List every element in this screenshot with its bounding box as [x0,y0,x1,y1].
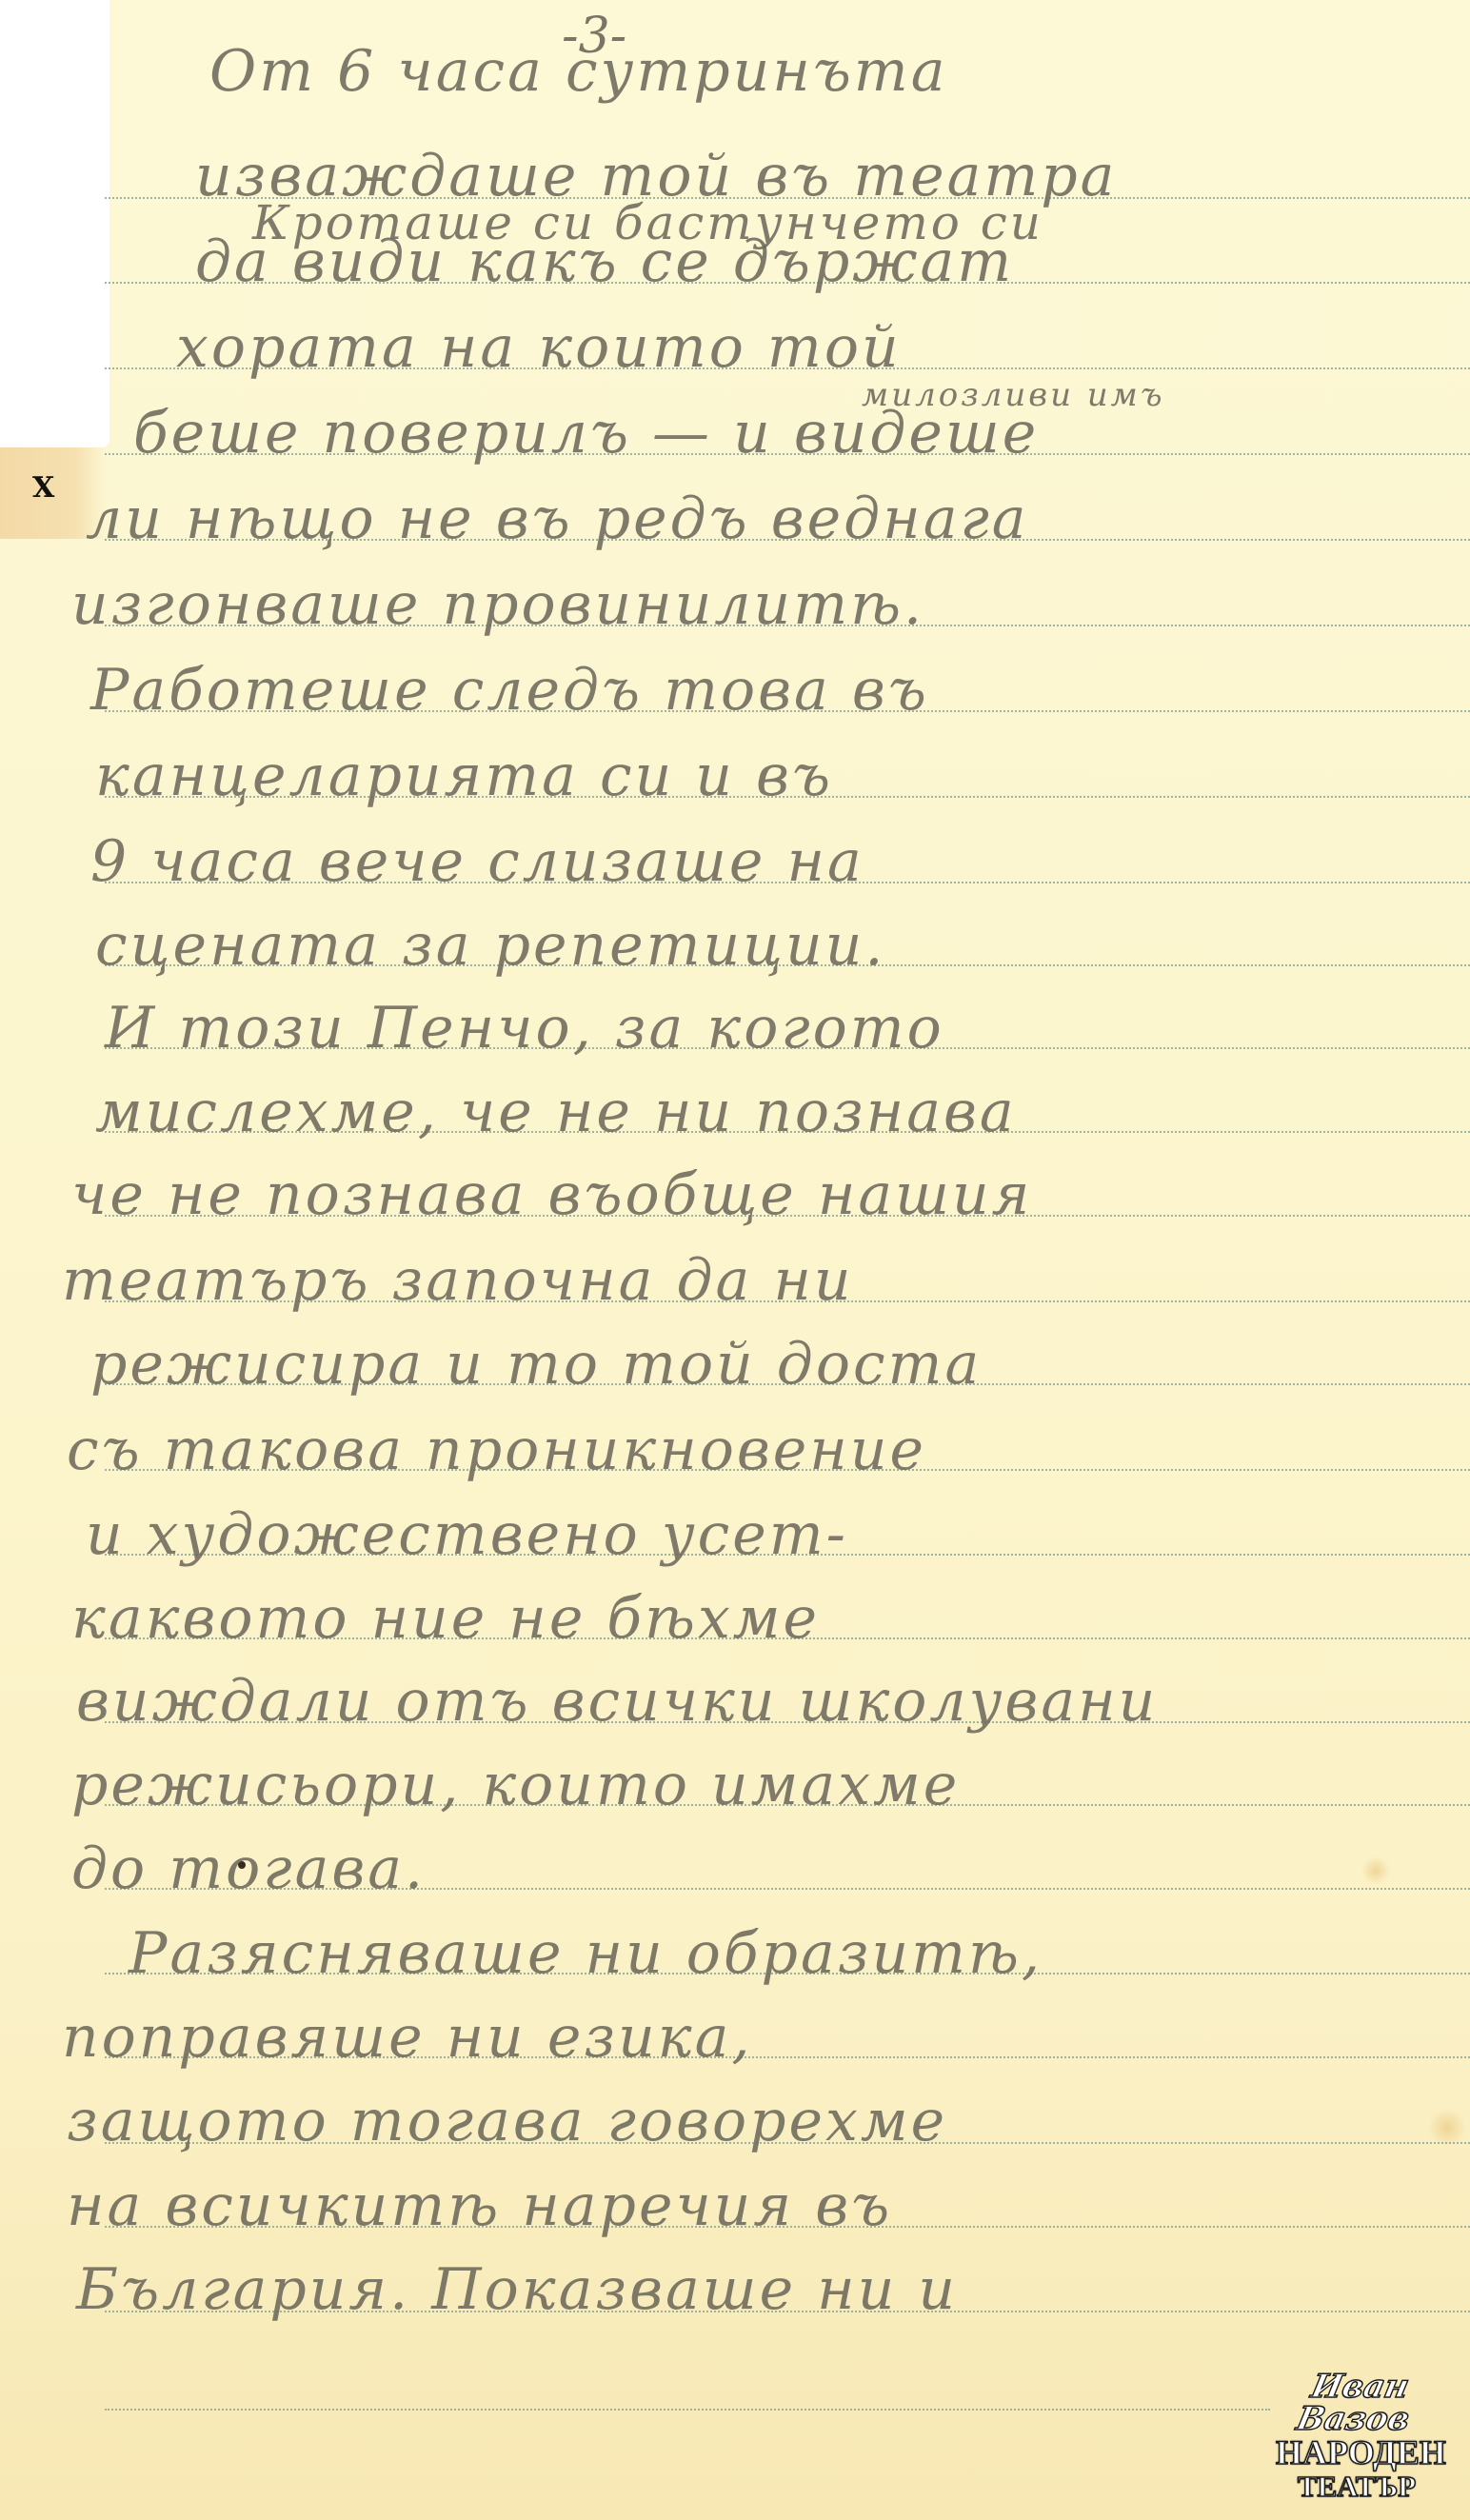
handwritten-line: съ такова проникновение [67,1417,926,1483]
handwritten-line: театъръ започна да ни [62,1247,854,1314]
handwritten-line: беше поверилъ — и видеше [133,400,1039,466]
handwritten-line: изгонваше провинилитѣ. [71,571,924,638]
handwritten-line: режисира и то той доста [90,1331,982,1398]
handwritten-line: каквото ние не бѣхме [71,1585,820,1652]
handwritten-line: виждали отъ всички школувани [76,1668,1158,1735]
handwritten-line: канцеларията си и въ [95,743,833,809]
logo-line-1: НАРОДЕН [1276,2435,1438,2470]
handwritten-line: че не познава въобще нашия [71,1161,1032,1228]
logo-signature: Иван Вазов [1269,2371,1444,2435]
handwritten-line: сцената за репетиции. [95,912,885,979]
ruled-line [105,2409,1270,2411]
handwritten-line: България. Показваше ни и [76,2256,958,2323]
handwritten-line: защото тогава говорехме [67,2088,947,2154]
paper-stain [1428,2109,1466,2147]
handwritten-line: поправяше ни езика, [62,2004,752,2071]
handwritten-line: и художествено усет- [86,1501,848,1568]
tab-x-mark: X [32,474,54,503]
logo-line-2: ТЕАТЪР [1276,2471,1438,2501]
national-theatre-logo: Иван Вазов НАРОДЕН ТЕАТЪР [1276,2371,1438,2501]
handwritten-line: От 6 часа сутринъта [209,38,947,105]
handwritten-line: да види какъ се държат [195,228,1014,295]
handwritten-line: Разясняваше ни образитѣ, [129,1920,1043,1987]
scan-white-margin [0,0,109,447]
handwritten-line: И този Пенчо, за когото [105,995,944,1062]
handwritten-line: режисьори, които имахме [71,1752,960,1818]
handwritten-line: до тогава. [71,1835,426,1902]
handwritten-line: 9 часа вече слизаше на [90,828,864,895]
handwritten-line: ли нѣщо не въ редъ веднага [86,486,1029,552]
paper-stain [1361,1856,1390,1885]
handwritten-line: на всичкитѣ наречия въ [67,2173,892,2239]
handwritten-line: хората на които той [176,314,902,381]
handwritten-line: мислехме, че не ни познава [95,1079,1017,1145]
handwritten-line: Работеше следъ това въ [90,657,929,724]
manuscript-page: X -3- От 6 часа сутринъта изваждаше той … [0,0,1470,2520]
